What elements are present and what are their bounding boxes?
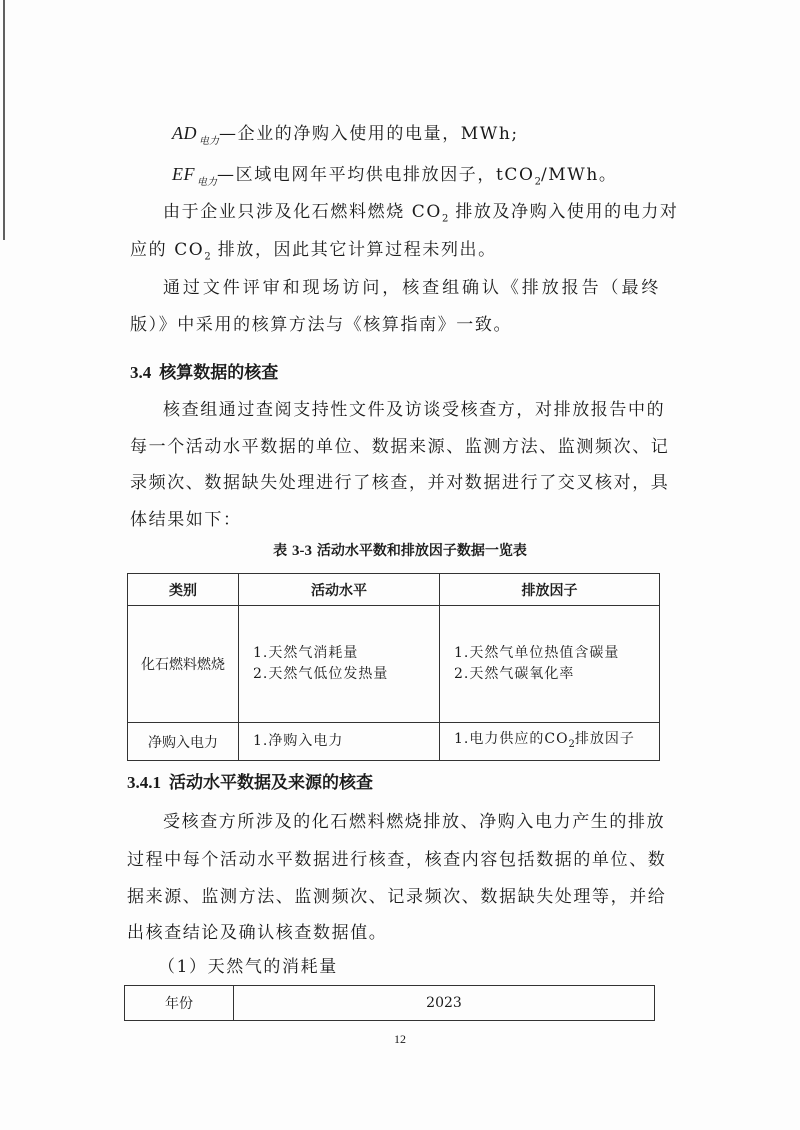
section-number: 3.4 [130, 363, 151, 382]
table-row: 净购入电力 1.净购入电力 1.电力供应的CO2排放因子 [128, 723, 660, 761]
cell-category: 化石燃料燃烧 [128, 606, 239, 723]
caption-title: 活动水平数和排放因子数据一览表 [317, 543, 527, 559]
definition-ad: AD电力—企业的净购入使用的电量，MWh; [172, 121, 519, 149]
text: 应的 CO [130, 240, 204, 260]
paragraph-2-line-2: 版）》中采用的核算方法与《核算指南》一致。 [130, 313, 512, 337]
section-title: 核算数据的核查 [159, 363, 278, 383]
table-row: 化石燃料燃烧 1.天然气消耗量 2.天然气低位发热量 1.天然气单位热值含碳量 … [128, 606, 660, 723]
activity-item: 2.天然气低位发热量 [253, 664, 439, 685]
factor-item: 1.电力供应的CO2排放因子 [454, 729, 659, 755]
text: 由于企业只涉及化石燃料燃烧 CO [163, 202, 442, 222]
section-3-4-line-4: 体结果如下： [130, 508, 242, 532]
activity-emission-factor-table: 类别 活动水平 排放因子 化石燃料燃烧 1.天然气消耗量 2.天然气低位发热量 … [127, 573, 660, 761]
header-emission-factor: 排放因子 [440, 574, 660, 606]
page-number: 12 [0, 1032, 800, 1047]
section-3-4-line-1: 核查组通过查阅支持性文件及访谈受核查方，对排放报告中的 [163, 398, 660, 422]
text: 排放因子 [575, 731, 635, 747]
cell-activity: 1.净购入电力 [239, 723, 440, 761]
subscript-ad: 电力 [199, 136, 219, 147]
section-number: 3.4.1 [127, 773, 161, 792]
section-3-4-1-line-2: 过程中每个活动水平数据进行核查，核查内容包括数据的单位、数 [127, 848, 660, 872]
table-row: 年份 2023 [125, 986, 655, 1021]
paragraph-2-line-1: 通过文件评审和现场访问，核查组确认《排放报告（最终 [163, 276, 660, 300]
caption-prefix: 表 [273, 543, 287, 559]
text: 排放，因此其它计算过程未列出。 [211, 240, 497, 260]
table-header-row: 类别 活动水平 排放因子 [128, 574, 660, 606]
cell-factor: 1.天然气单位热值含碳量 2.天然气碳氧化率 [440, 606, 660, 723]
paragraph-1-line-1: 由于企业只涉及化石燃料燃烧 CO2 排放及净购入使用的电力对 [163, 200, 660, 231]
section-heading-3-4: 3.4核算数据的核查 [130, 358, 278, 383]
cell-activity: 1.天然气消耗量 2.天然气低位发热量 [239, 606, 440, 723]
caption-number: 3-3 [292, 543, 312, 559]
section-heading-3-4-1: 3.4.1活动水平数据及来源的核查 [127, 768, 373, 793]
definition-ef-text: —区域电网年平均供电排放因子，tCO [217, 165, 535, 185]
definition-ef: EF电力—区域电网年平均供电排放因子，tCO2/MWh。 [172, 162, 618, 194]
activity-item: 1.净购入电力 [253, 731, 439, 752]
cell-year-value: 2023 [234, 986, 655, 1021]
section-3-4-1-line-1: 受核查方所涉及的化石燃料燃烧排放、净购入电力产生的排放 [163, 810, 660, 834]
section-3-4-line-2: 每一个活动水平数据的单位、数据来源、监测方法、监测频次、记 [130, 435, 660, 459]
factor-item: 2.天然气碳氧化率 [454, 664, 659, 685]
header-category: 类别 [128, 574, 239, 606]
item-heading-natural-gas: （1）天然气的消耗量 [158, 955, 338, 979]
factor-item: 1.天然气单位热值含碳量 [454, 643, 659, 664]
definition-ef-tail: /MWh。 [541, 165, 618, 185]
symbol-ef: EF [172, 164, 195, 184]
cell-factor: 1.电力供应的CO2排放因子 [440, 723, 660, 761]
activity-item: 1.天然气消耗量 [253, 643, 439, 664]
section-title: 活动水平数据及来源的核查 [169, 773, 373, 793]
section-3-4-1-line-3: 据来源、监测方法、监测频次、记录频次、数据缺失处理等，并给 [127, 885, 660, 909]
text: 排放及净购入使用的电力对 [448, 202, 678, 222]
text: 1.电力供应的CO [454, 731, 569, 747]
subscript-ef: 电力 [197, 177, 217, 188]
cell-year-label: 年份 [125, 986, 234, 1021]
cell-category: 净购入电力 [128, 723, 239, 761]
header-activity-level: 活动水平 [239, 574, 440, 606]
section-3-4-1-line-4: 出核查结论及确认核查数据值。 [127, 921, 387, 945]
table-caption: 表 3-3 活动水平数和排放因子数据一览表 [0, 540, 800, 560]
natural-gas-table: 年份 2023 [124, 985, 655, 1021]
scan-edge-line [3, 0, 5, 240]
section-3-4-line-3: 录频次、数据缺失处理进行了核查，并对数据进行了交叉核对，具 [130, 471, 660, 495]
symbol-ad: AD [172, 123, 197, 143]
definition-ad-text: —企业的净购入使用的电量，MWh; [219, 124, 519, 144]
paragraph-1-line-2: 应的 CO2 排放，因此其它计算过程未列出。 [130, 238, 497, 269]
